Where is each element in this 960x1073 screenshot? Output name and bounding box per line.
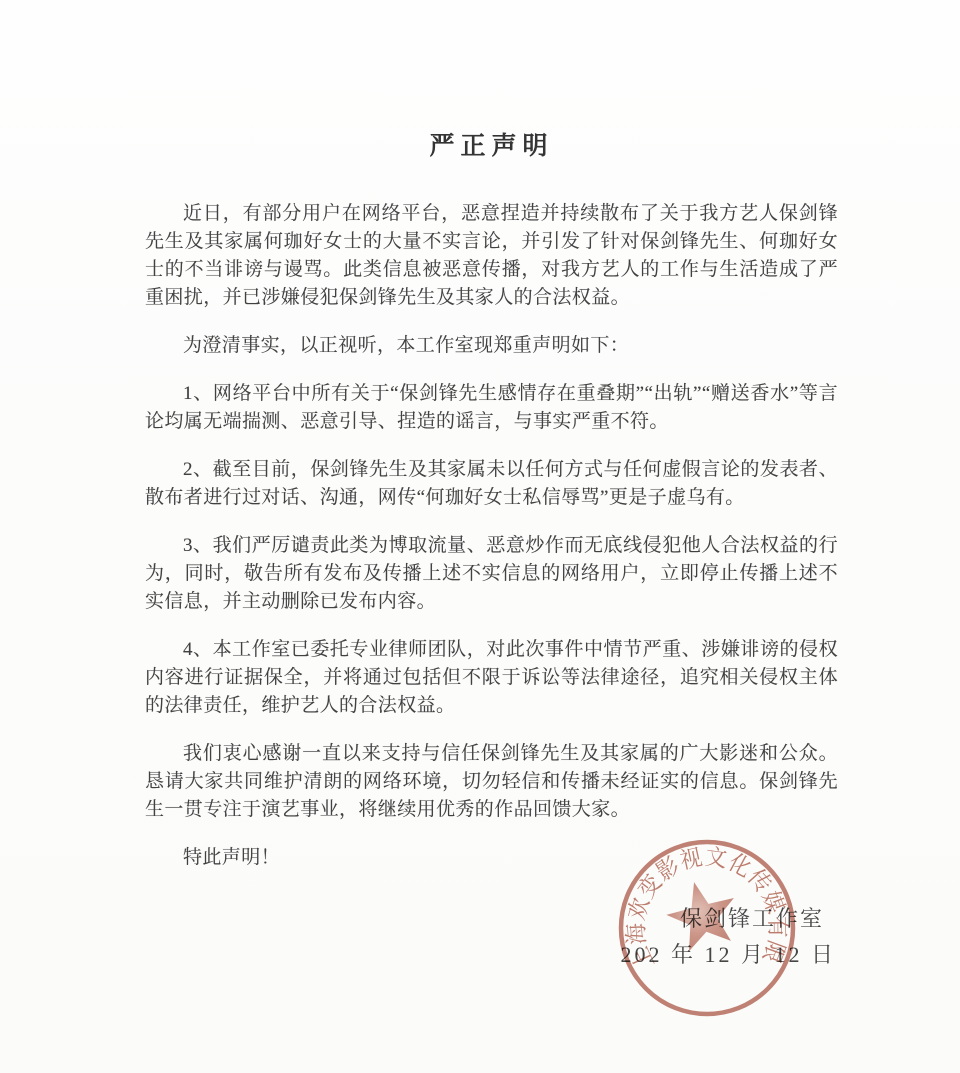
- statement-item-1: 1、网络平台中所有关于“保剑锋先生感情存在重叠期”“出轨”“赠送香水”等言论均属…: [145, 380, 838, 436]
- statement-item-4: 4、本工作室已委托专业律师团队，对此次事件中情节严重、涉嫌诽谤的侵权内容进行证据…: [145, 636, 838, 720]
- closing-statement: 特此声明！: [145, 844, 838, 872]
- signature-name: 保剑锋工作室: [145, 902, 838, 933]
- statement-document: 严正声明 近日，有部分用户在网络平台，恶意捏造并持续散布了关于我方艺人保剑锋先生…: [0, 0, 960, 1073]
- statement-item-2: 2、截至目前，保剑锋先生及其家属未以任何方式与任何虚假言论的发表者、散布者进行过…: [145, 456, 838, 512]
- signature-date: 202 年 12 月 12 日: [145, 938, 838, 969]
- statement-item-3: 3、我们严厉谴责此类为博取流量、恶意炒作而无底线侵犯他人合法权益的行为，同时，敬…: [145, 532, 838, 616]
- document-title: 严正声明: [145, 126, 838, 162]
- paragraph-thanks: 我们衷心感谢一直以来支持与信任保剑锋先生及其家属的广大影迷和公众。恳请大家共同维…: [145, 740, 838, 824]
- paragraph-purpose: 为澄清事实，以正视听，本工作室现郑重声明如下：: [145, 332, 838, 360]
- paragraph-intro: 近日，有部分用户在网络平台，恶意捏造并持续散布了关于我方艺人保剑锋先生及其家属何…: [145, 200, 838, 312]
- signature-block: 保剑锋工作室 202 年 12 月 12 日: [145, 902, 838, 969]
- document-content: 严正声明 近日，有部分用户在网络平台，恶意捏造并持续散布了关于我方艺人保剑锋先生…: [145, 0, 838, 969]
